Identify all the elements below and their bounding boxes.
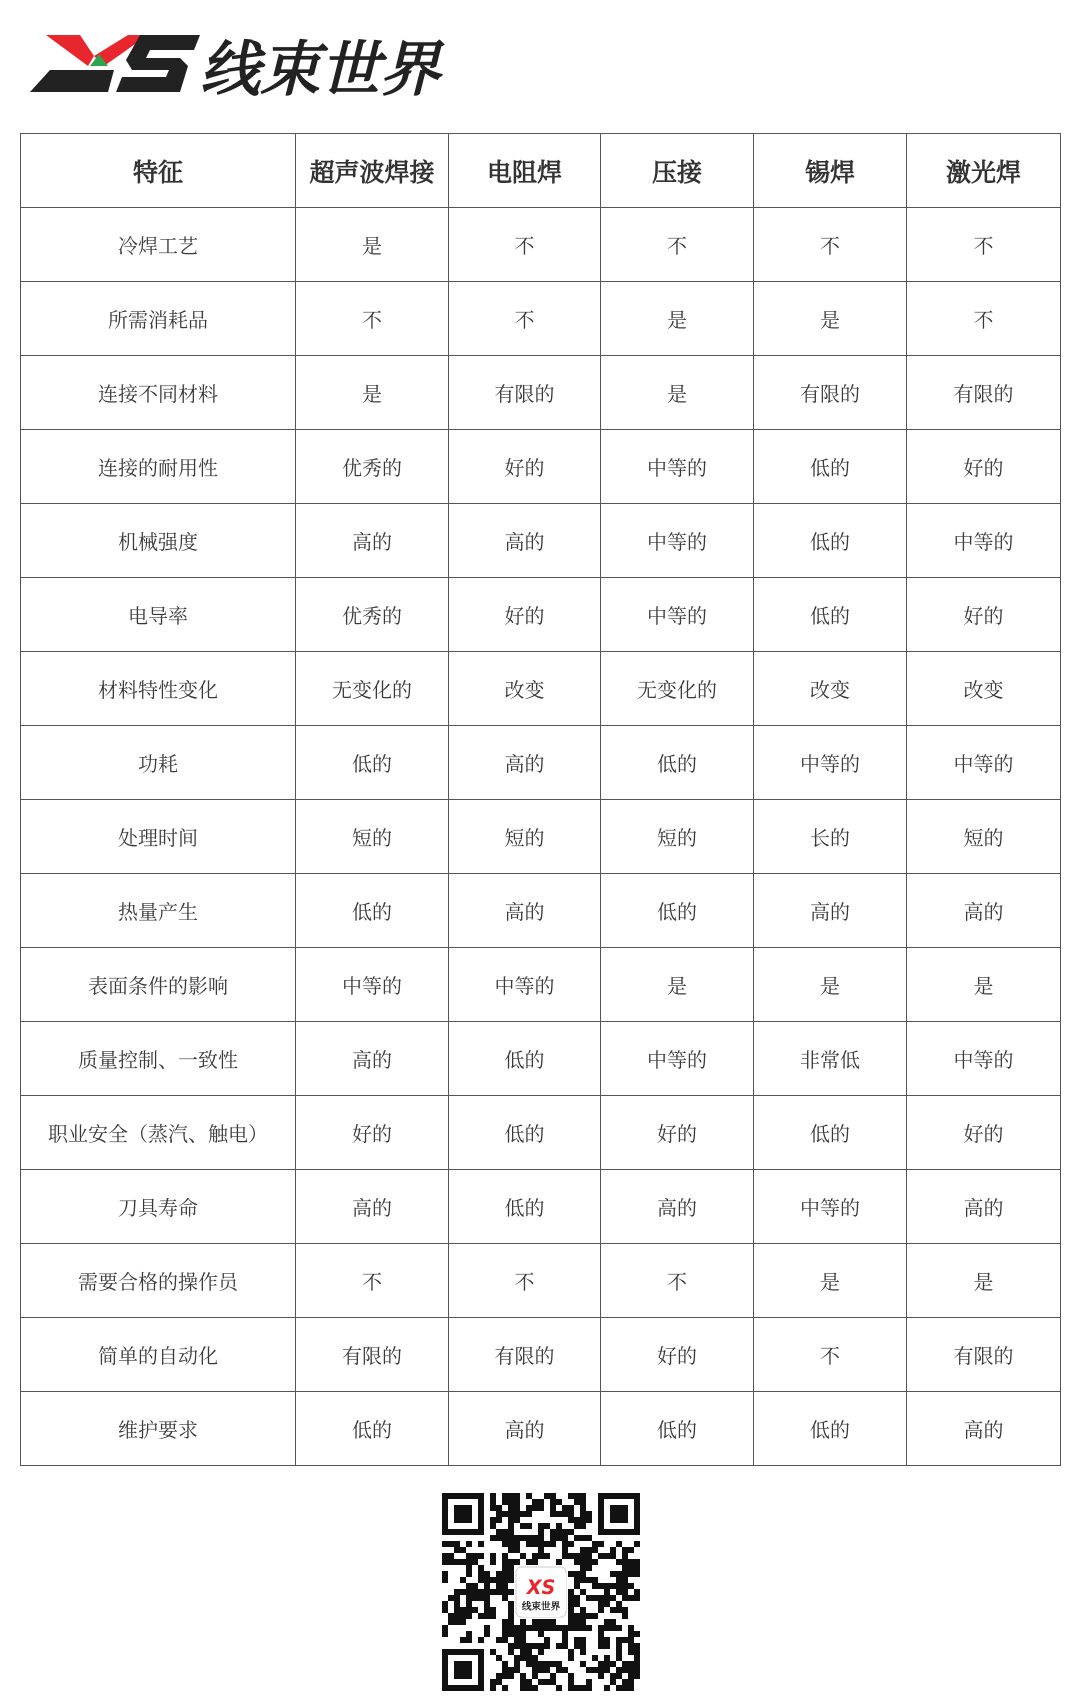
feature-label-cell: 表面条件的影响: [21, 948, 296, 1022]
value-cell: 低的: [296, 726, 449, 800]
table-row: 刀具寿命高的低的高的中等的高的: [21, 1170, 1061, 1244]
table-row: 需要合格的操作员不不不是是: [21, 1244, 1061, 1318]
value-cell: 改变: [907, 652, 1061, 726]
value-cell: 低的: [296, 1392, 449, 1466]
value-cell: 低的: [754, 430, 907, 504]
value-cell: 高的: [449, 726, 601, 800]
value-cell: 是: [907, 1244, 1061, 1318]
value-cell: 有限的: [449, 1318, 601, 1392]
feature-label-cell: 简单的自动化: [21, 1318, 296, 1392]
value-cell: 低的: [449, 1022, 601, 1096]
value-cell: 好的: [907, 578, 1061, 652]
feature-label-cell: 功耗: [21, 726, 296, 800]
value-cell: 低的: [449, 1170, 601, 1244]
feature-label-cell: 处理时间: [21, 800, 296, 874]
value-cell: 长的: [754, 800, 907, 874]
value-cell: 中等的: [907, 504, 1061, 578]
value-cell: 低的: [601, 726, 754, 800]
svg-text:线束世界: 线束世界: [522, 1600, 561, 1612]
value-cell: 不: [601, 208, 754, 282]
value-cell: 好的: [907, 430, 1061, 504]
feature-label-cell: 冷焊工艺: [21, 208, 296, 282]
feature-label-cell: 职业安全（蒸汽、触电）: [21, 1096, 296, 1170]
value-cell: 有限的: [449, 356, 601, 430]
column-header-feature: 特征: [21, 134, 296, 208]
value-cell: 是: [754, 1244, 907, 1318]
column-header-method: 电阻焊: [449, 134, 601, 208]
value-cell: 是: [754, 948, 907, 1022]
xs-logo-icon: 线束世界: [28, 30, 488, 100]
feature-label-cell: 所需消耗品: [21, 282, 296, 356]
feature-label-cell: 热量产生: [21, 874, 296, 948]
table-row: 功耗低的高的低的中等的中等的: [21, 726, 1061, 800]
value-cell: 低的: [449, 1096, 601, 1170]
value-cell: 高的: [601, 1170, 754, 1244]
table-row: 所需消耗品不不是是不: [21, 282, 1061, 356]
value-cell: 不: [907, 208, 1061, 282]
brand-logo: 线束世界: [28, 30, 488, 100]
value-cell: 是: [907, 948, 1061, 1022]
value-cell: 低的: [296, 874, 449, 948]
value-cell: 中等的: [907, 1022, 1061, 1096]
value-cell: 不: [601, 1244, 754, 1318]
value-cell: 低的: [601, 1392, 754, 1466]
value-cell: 不: [449, 282, 601, 356]
welding-comparison-table: 特征超声波焊接电阻焊压接锡焊激光焊 冷焊工艺是不不不不所需消耗品不不是是不连接不…: [20, 133, 1061, 1466]
feature-label-cell: 电导率: [21, 578, 296, 652]
feature-label-cell: 刀具寿命: [21, 1170, 296, 1244]
value-cell: 优秀的: [296, 430, 449, 504]
value-cell: 高的: [907, 1392, 1061, 1466]
feature-label-cell: 需要合格的操作员: [21, 1244, 296, 1318]
value-cell: 好的: [601, 1096, 754, 1170]
value-cell: 高的: [907, 874, 1061, 948]
table-row: 连接不同材料是有限的是有限的有限的: [21, 356, 1061, 430]
column-header-method: 激光焊: [907, 134, 1061, 208]
feature-label-cell: 连接的耐用性: [21, 430, 296, 504]
value-cell: 不: [449, 1244, 601, 1318]
qr-code: XS线束世界: [442, 1493, 640, 1691]
value-cell: 高的: [449, 1392, 601, 1466]
value-cell: 不: [754, 208, 907, 282]
table-row: 机械强度高的高的中等的低的中等的: [21, 504, 1061, 578]
table-row: 简单的自动化有限的有限的好的不有限的: [21, 1318, 1061, 1392]
value-cell: 无变化的: [296, 652, 449, 726]
value-cell: 高的: [449, 874, 601, 948]
value-cell: 短的: [907, 800, 1061, 874]
value-cell: 改变: [449, 652, 601, 726]
table-row: 电导率优秀的好的中等的低的好的: [21, 578, 1061, 652]
value-cell: 低的: [754, 1096, 907, 1170]
value-cell: 中等的: [296, 948, 449, 1022]
table-row: 材料特性变化无变化的改变无变化的改变改变: [21, 652, 1061, 726]
table-row: 表面条件的影响中等的中等的是是是: [21, 948, 1061, 1022]
value-cell: 非常低: [754, 1022, 907, 1096]
value-cell: 中等的: [601, 504, 754, 578]
value-cell: 高的: [296, 1022, 449, 1096]
value-cell: 有限的: [296, 1318, 449, 1392]
value-cell: 中等的: [907, 726, 1061, 800]
value-cell: 不: [754, 1318, 907, 1392]
value-cell: 是: [754, 282, 907, 356]
value-cell: 无变化的: [601, 652, 754, 726]
table-row: 冷焊工艺是不不不不: [21, 208, 1061, 282]
value-cell: 是: [296, 356, 449, 430]
qr-code-icon: XS线束世界: [442, 1493, 640, 1691]
table-row: 连接的耐用性优秀的好的中等的低的好的: [21, 430, 1061, 504]
value-cell: 不: [296, 282, 449, 356]
value-cell: 低的: [754, 504, 907, 578]
column-header-method: 压接: [601, 134, 754, 208]
value-cell: 中等的: [601, 430, 754, 504]
table-row: 维护要求低的高的低的低的高的: [21, 1392, 1061, 1466]
value-cell: 中等的: [754, 1170, 907, 1244]
value-cell: 是: [601, 356, 754, 430]
header-row: 特征超声波焊接电阻焊压接锡焊激光焊: [21, 134, 1061, 208]
table-row: 职业安全（蒸汽、触电）好的低的好的低的好的: [21, 1096, 1061, 1170]
feature-label-cell: 连接不同材料: [21, 356, 296, 430]
feature-label-cell: 质量控制、一致性: [21, 1022, 296, 1096]
value-cell: 好的: [449, 578, 601, 652]
table-row: 质量控制、一致性高的低的中等的非常低中等的: [21, 1022, 1061, 1096]
value-cell: 不: [449, 208, 601, 282]
column-header-method: 超声波焊接: [296, 134, 449, 208]
value-cell: 有限的: [907, 1318, 1061, 1392]
value-cell: 好的: [296, 1096, 449, 1170]
value-cell: 不: [296, 1244, 449, 1318]
value-cell: 低的: [601, 874, 754, 948]
value-cell: 中等的: [601, 1022, 754, 1096]
table-row: 处理时间短的短的短的长的短的: [21, 800, 1061, 874]
value-cell: 是: [296, 208, 449, 282]
value-cell: 有限的: [907, 356, 1061, 430]
feature-label-cell: 机械强度: [21, 504, 296, 578]
svg-text:XS: XS: [526, 1576, 556, 1599]
value-cell: 是: [601, 282, 754, 356]
value-cell: 中等的: [449, 948, 601, 1022]
value-cell: 好的: [449, 430, 601, 504]
table-row: 热量产生低的高的低的高的高的: [21, 874, 1061, 948]
value-cell: 中等的: [754, 726, 907, 800]
value-cell: 中等的: [601, 578, 754, 652]
value-cell: 高的: [754, 874, 907, 948]
feature-label-cell: 材料特性变化: [21, 652, 296, 726]
logo-wordmark: 线束世界: [200, 35, 445, 100]
value-cell: 是: [601, 948, 754, 1022]
value-cell: 改变: [754, 652, 907, 726]
value-cell: 不: [907, 282, 1061, 356]
column-header-method: 锡焊: [754, 134, 907, 208]
value-cell: 短的: [296, 800, 449, 874]
value-cell: 好的: [601, 1318, 754, 1392]
value-cell: 高的: [907, 1170, 1061, 1244]
value-cell: 有限的: [754, 356, 907, 430]
value-cell: 好的: [907, 1096, 1061, 1170]
value-cell: 短的: [601, 800, 754, 874]
value-cell: 短的: [449, 800, 601, 874]
value-cell: 高的: [296, 504, 449, 578]
value-cell: 高的: [296, 1170, 449, 1244]
value-cell: 优秀的: [296, 578, 449, 652]
value-cell: 低的: [754, 1392, 907, 1466]
value-cell: 低的: [754, 578, 907, 652]
feature-label-cell: 维护要求: [21, 1392, 296, 1466]
table-body: 冷焊工艺是不不不不所需消耗品不不是是不连接不同材料是有限的是有限的有限的连接的耐…: [21, 208, 1061, 1466]
value-cell: 高的: [449, 504, 601, 578]
